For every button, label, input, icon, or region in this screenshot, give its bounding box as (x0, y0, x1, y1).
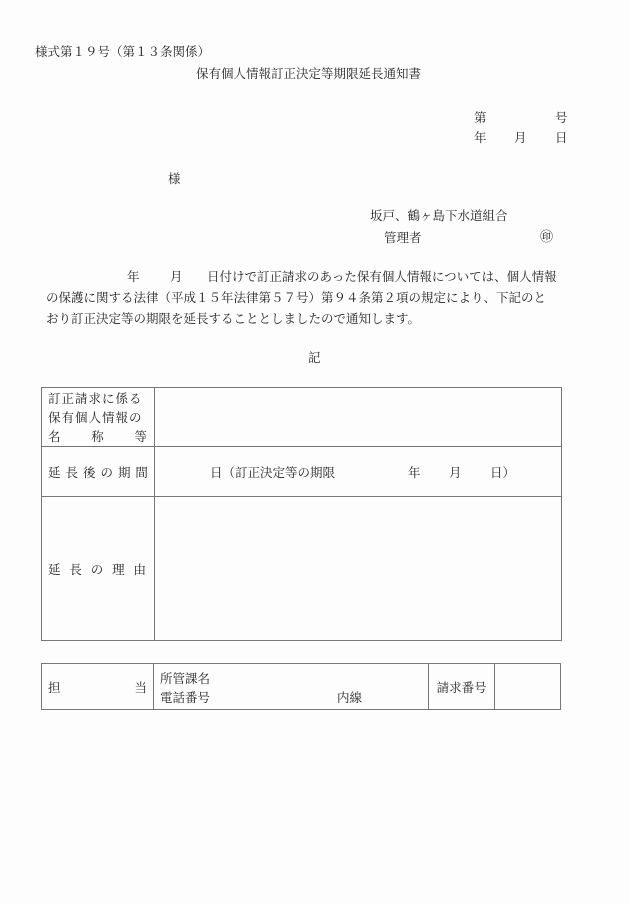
label-char: 後 (83, 463, 96, 481)
doc-number-suffix: 号 (555, 110, 568, 126)
seal-mark: ㊞ (540, 230, 553, 246)
sender-title: 管理者 (384, 230, 422, 246)
label-char: の (91, 560, 104, 578)
label-char: 延 (48, 463, 61, 481)
label-char: 間 (135, 463, 148, 481)
label-char: 期 (118, 463, 131, 481)
body-month: 月 (170, 266, 183, 287)
sender-organization: 坂戸、鶴ヶ島下水道組合 (370, 208, 508, 224)
deadline-year: 年 (408, 463, 421, 481)
department-label: 所管課名 (160, 669, 210, 687)
label-char: 理 (112, 560, 125, 578)
label-char: 長 (69, 560, 82, 578)
contact-details[interactable]: 所管課名 電話番号 内線 (154, 664, 429, 710)
label-extended-period: 延 長 後 の 期 間 (42, 447, 155, 497)
extension-label: 内線 (337, 688, 362, 706)
period-days-text: 日（訂正決定等の期限 (210, 463, 335, 481)
label-char: の (100, 463, 113, 481)
body-year: 年 (127, 266, 140, 287)
date-day: 日 (555, 130, 568, 146)
label-char: 当 (135, 678, 148, 696)
request-number-label: 請求番号 (429, 664, 494, 710)
value-extended-period[interactable]: 日（訂正決定等の期限 年 月 日） (155, 447, 562, 497)
body-line-1: 年 月 日付けで訂正請求のあった保有個人情報については、個人情報 (46, 266, 576, 287)
label-line: 訂正請求に係る (48, 389, 154, 408)
label-char: 由 (133, 560, 146, 578)
label-char: 長 (65, 463, 78, 481)
date-year: 年 (474, 130, 487, 146)
body-line-3: おり訂正決定等の期限を延長することとしましたので通知します。 (46, 308, 576, 329)
value-personal-info-name[interactable] (155, 388, 562, 447)
notice-body: 年 月 日付けで訂正請求のあった保有個人情報については、個人情報 の保護に関する… (46, 266, 576, 329)
contact-table: 担 当 所管課名 電話番号 内線 請求番号 (41, 663, 561, 710)
request-number-value[interactable] (494, 664, 560, 710)
addressee-honorific: 様 (168, 171, 181, 187)
label-char: 等 (134, 427, 148, 446)
extension-details-table: 訂正請求に係る 保有個人情報の 名 称 等 延 長 後 の 期 (41, 387, 562, 641)
doc-number-prefix: 第 (474, 110, 487, 126)
phone-label: 電話番号 (160, 688, 210, 706)
value-extension-reason[interactable] (155, 497, 562, 641)
deadline-day: 日） (490, 463, 515, 481)
label-char: 延 (48, 560, 61, 578)
table-row-extension-reason: 延 長 の 理 由 (42, 497, 562, 641)
label-person-in-charge: 担 当 (42, 664, 154, 710)
deadline-month: 月 (449, 463, 462, 481)
document-page: 様式第１９号（第１３条関係） 保有個人情報訂正決定等期限延長通知書 第 号 年 … (0, 0, 630, 903)
ki-heading: 記 (308, 350, 321, 366)
label-line: 保有個人情報の (48, 408, 154, 427)
date-month: 月 (514, 130, 527, 146)
label-char: 担 (48, 678, 61, 696)
table-row-personal-info-name: 訂正請求に係る 保有個人情報の 名 称 等 (42, 388, 562, 447)
label-line: 名 称 等 (48, 427, 154, 446)
contact-row: 担 当 所管課名 電話番号 内線 請求番号 (42, 664, 561, 710)
label-char: 称 (91, 427, 105, 446)
label-personal-info-name: 訂正請求に係る 保有個人情報の 名 称 等 (42, 388, 155, 447)
table-row-extended-period: 延 長 後 の 期 間 日（訂正決定等の期限 年 月 日） (42, 447, 562, 497)
form-number: 様式第１９号（第１３条関係） (35, 44, 210, 60)
label-char: 名 (48, 427, 62, 446)
body-line-2: の保護に関する法律（平成１５年法律第５７号）第９４条第２項の規定により、下記のと (46, 287, 576, 308)
document-title: 保有個人情報訂正決定等期限延長通知書 (196, 66, 421, 82)
label-extension-reason: 延 長 の 理 由 (42, 497, 155, 641)
body-line-1-text: 日付けで訂正請求のあった保有個人情報については、個人情報 (207, 266, 557, 287)
